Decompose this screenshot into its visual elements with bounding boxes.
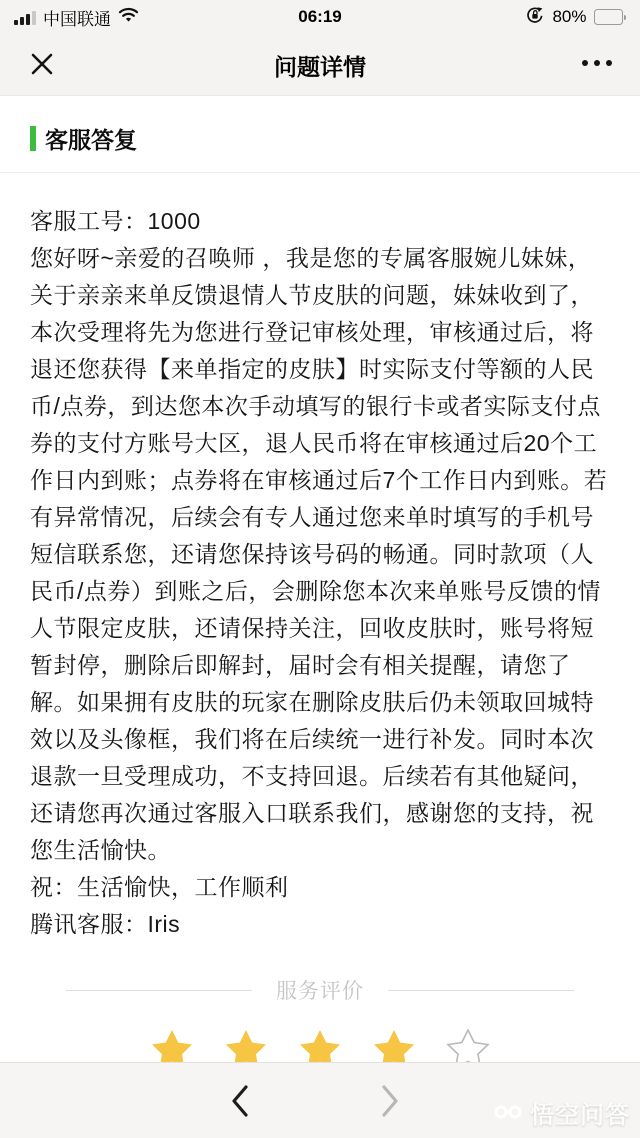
star-icon[interactable] (445, 1029, 491, 1062)
signal-strength-icon (14, 10, 36, 25)
nav-bar: 问题详情 (0, 34, 640, 96)
question-detail-screen: 中国联通 06:19 80% (0, 0, 640, 1138)
status-bar: 中国联通 06:19 80% (0, 0, 640, 34)
forward-chevron-icon[interactable] (380, 1085, 400, 1117)
star-icon[interactable] (297, 1029, 343, 1062)
bottom-toolbar: 悟空问答 (0, 1062, 640, 1138)
wifi-icon (118, 7, 139, 28)
customer-service-reply: 客服工号：1000 您好呀~亲爱的召唤师 ，我是您的专属客服婉儿妹妹，关于亲亲来… (30, 203, 610, 943)
section-title: 客服答复 (45, 122, 137, 155)
content-area: 客服答复 客服工号：1000 您好呀~亲爱的召唤师 ，我是您的专属客服婉儿妹妹，… (0, 96, 640, 1062)
back-chevron-icon[interactable] (230, 1085, 250, 1117)
watermark-text: 悟空问答 (530, 1095, 630, 1130)
carrier-label: 中国联通 (43, 5, 111, 30)
green-accent-bar (30, 126, 36, 151)
more-menu-icon[interactable] (582, 60, 612, 66)
battery-icon (594, 9, 627, 25)
page-title: 问题详情 (0, 34, 640, 96)
rating-title: 服务评价 (276, 975, 364, 1005)
star-icon[interactable] (371, 1029, 417, 1062)
reply-body: 您好呀~亲爱的召唤师 ，我是您的专属客服婉儿妹妹，关于亲亲来单反馈退情人节皮肤的… (30, 240, 610, 869)
rating-divider-left (66, 990, 252, 991)
wish-line: 祝：生活愉快，工作顺利 (30, 869, 610, 906)
agent-id-line: 客服工号：1000 (30, 203, 610, 240)
orientation-lock-icon (525, 5, 545, 30)
rating-divider-right (388, 990, 574, 991)
status-bar-left: 中国联通 (14, 5, 139, 30)
service-rating-header: 服务评价 (0, 975, 640, 1005)
watermark-logo-icon (491, 1098, 525, 1127)
star-icon[interactable] (223, 1029, 269, 1062)
battery-percent-label: 80% (552, 7, 586, 27)
section-divider (0, 172, 640, 173)
section-header: 客服答复 (30, 122, 640, 155)
clock-label: 06:19 (298, 0, 341, 34)
signature-line: 腾讯客服：Iris (30, 906, 610, 943)
status-bar-right: 80% (525, 5, 626, 30)
star-rating (0, 1029, 640, 1062)
watermark: 悟空问答 (491, 1095, 630, 1130)
star-icon[interactable] (149, 1029, 195, 1062)
